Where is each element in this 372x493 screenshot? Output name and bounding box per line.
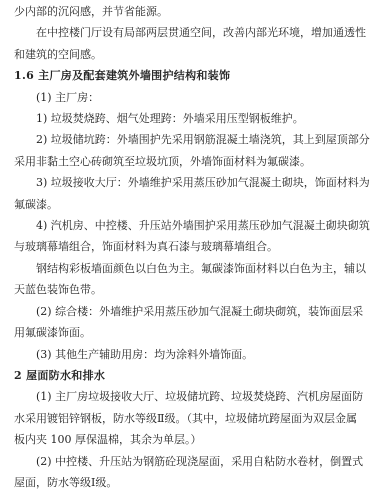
text-line: 3) 垃圾接收大厅：外墙维护采用蒸压砂加气混凝土砌块，饰面材料为: [14, 172, 358, 193]
text-line: 用氟碳漆饰面。: [14, 322, 358, 343]
text-line: 1) 垃圾焚烧跨、烟气处理跨：外墙采用压型钢板维护。: [14, 108, 358, 129]
section-heading: 2 屋面防水和排水: [14, 365, 358, 386]
text-line: 在中控楼门厅设有局部两层贯通空间，改善内部光环境，增加通透性: [14, 22, 358, 43]
text-line: 采用非黏土空心砖砌筑至垃圾坑顶，外墙饰面材料为氟碳漆。: [14, 151, 358, 172]
text-line: (2) 综合楼：外墙维护采用蒸压砂加气混凝土砌块砌筑，装饰面层采: [14, 301, 358, 322]
text-line: 与玻璃幕墙组合，饰面材料为真石漆与玻璃幕墙组合。: [14, 236, 358, 257]
section-heading: 1.6 主厂房及配套建筑外墙围护结构和装饰: [14, 65, 358, 86]
text-line: 水采用镀铝锌钢板，防水等级Ⅱ级。（其中，垃圾储坑跨屋面为双层金属: [14, 408, 358, 429]
document-page: 少内部的沉闷感，并节省能源。在中控楼门厅设有局部两层贯通空间，改善内部光环境，增…: [0, 0, 372, 493]
text-line: 和建筑的空间感。: [14, 44, 358, 65]
text-line: 4) 汽机房、中控楼、升压站外墙围护采用蒸压砂加气混凝土砌块砌筑: [14, 215, 358, 236]
text-line: 少内部的沉闷感，并节省能源。: [14, 1, 358, 22]
text-line: 板内夹 100 厚保温棉，其余为单层。）: [14, 429, 358, 450]
text-line: (1) 主厂房垃圾接收大厅、垃圾储坑跨、垃圾焚烧跨、汽机房屋面防: [14, 386, 358, 407]
text-line: 天蓝色装饰色带。: [14, 279, 358, 300]
text-line: (1) 主厂房：: [14, 87, 358, 108]
text-line: 钢结构彩板墙面颜色以白色为主。氟碳漆饰面材料以白色为主，辅以: [14, 258, 358, 279]
text-line: (3) 其他生产辅助用房：均为涂料外墙饰面。: [14, 344, 358, 365]
text-line: 2) 垃圾储坑跨：外墙围护先采用钢筋混凝土墙浇筑，其上到屋顶部分: [14, 129, 358, 150]
text-line: (2) 中控楼、升压站为钢筋砼现浇屋面，采用自粘防水卷材，倒置式: [14, 451, 358, 472]
text-line: 氟碳漆。: [14, 194, 358, 215]
text-line: 屋面，防水等级Ⅰ级。: [14, 472, 358, 493]
